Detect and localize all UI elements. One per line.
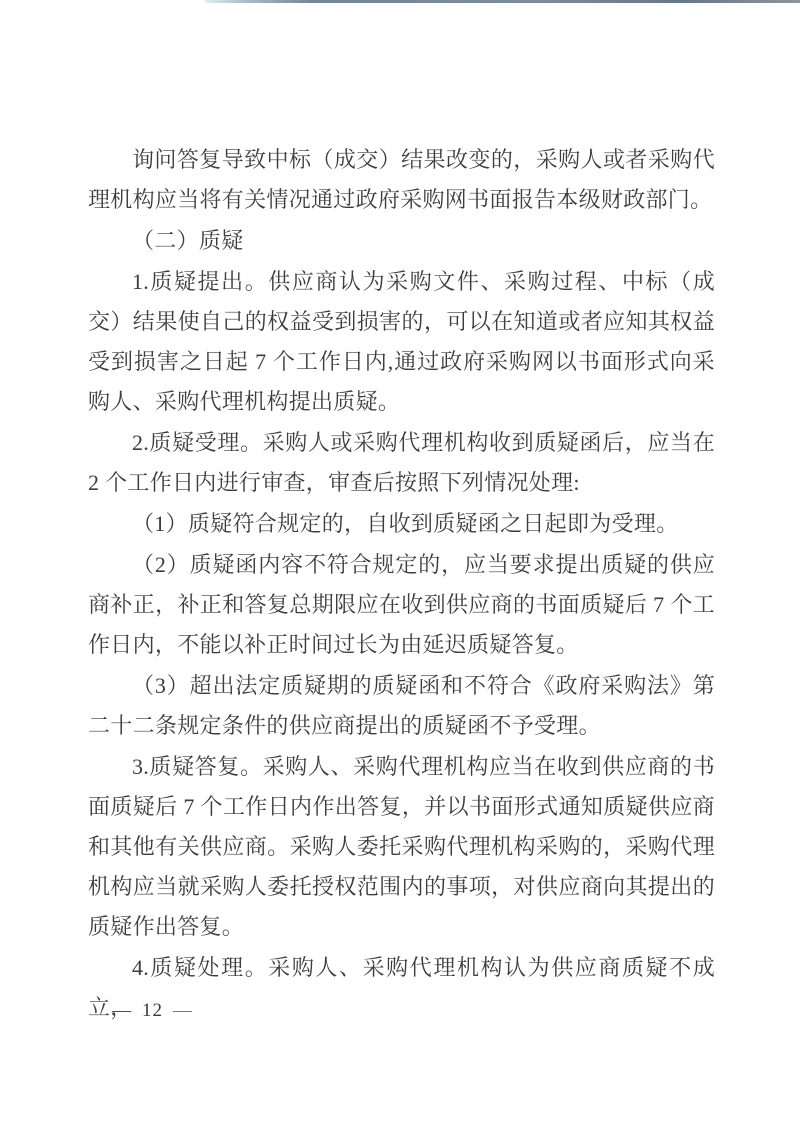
paragraph: （2）质疑函内容不符合规定的，应当要求提出质疑的供应商补正，补正和答复总期限应在… xyxy=(88,545,715,665)
scan-edge-artifact xyxy=(205,0,800,3)
paragraph: 询问答复导致中标（成交）结果改变的，采购人或者采购代理机构应当将有关情况通过政府… xyxy=(88,140,715,220)
footer-dash-right: — xyxy=(173,1000,193,1021)
section-heading: （二）质疑 xyxy=(88,221,715,261)
document-page: 询问答复导致中标（成交）结果改变的，采购人或者采购代理机构应当将有关情况通过政府… xyxy=(0,0,800,1130)
paragraph: 1.质疑提出。供应商认为采购文件、采购过程、中标（成交）结果使自己的权益受到损害… xyxy=(88,262,715,422)
page-number: 12 xyxy=(142,1000,163,1021)
paragraph: 2.质疑受理。采购人或采购代理机构收到质疑函后，应当在 2 个工作日内进行审查，… xyxy=(88,423,715,503)
paragraph: 3.质疑答复。采购人、采购代理机构应当在收到供应商的书面质疑后 7 个工作日内作… xyxy=(88,747,715,947)
paragraph: （1）质疑符合规定的，自收到质疑函之日起即为受理。 xyxy=(88,504,715,544)
footer-dash-left: — xyxy=(112,1000,132,1021)
page-number-footer: —12— xyxy=(112,998,193,1024)
paragraph: （3）超出法定质疑期的质疑函和不符合《政府采购法》第二十二条规定条件的供应商提出… xyxy=(88,666,715,746)
document-body: 询问答复导致中标（成交）结果改变的，采购人或者采购代理机构应当将有关情况通过政府… xyxy=(88,140,715,1029)
